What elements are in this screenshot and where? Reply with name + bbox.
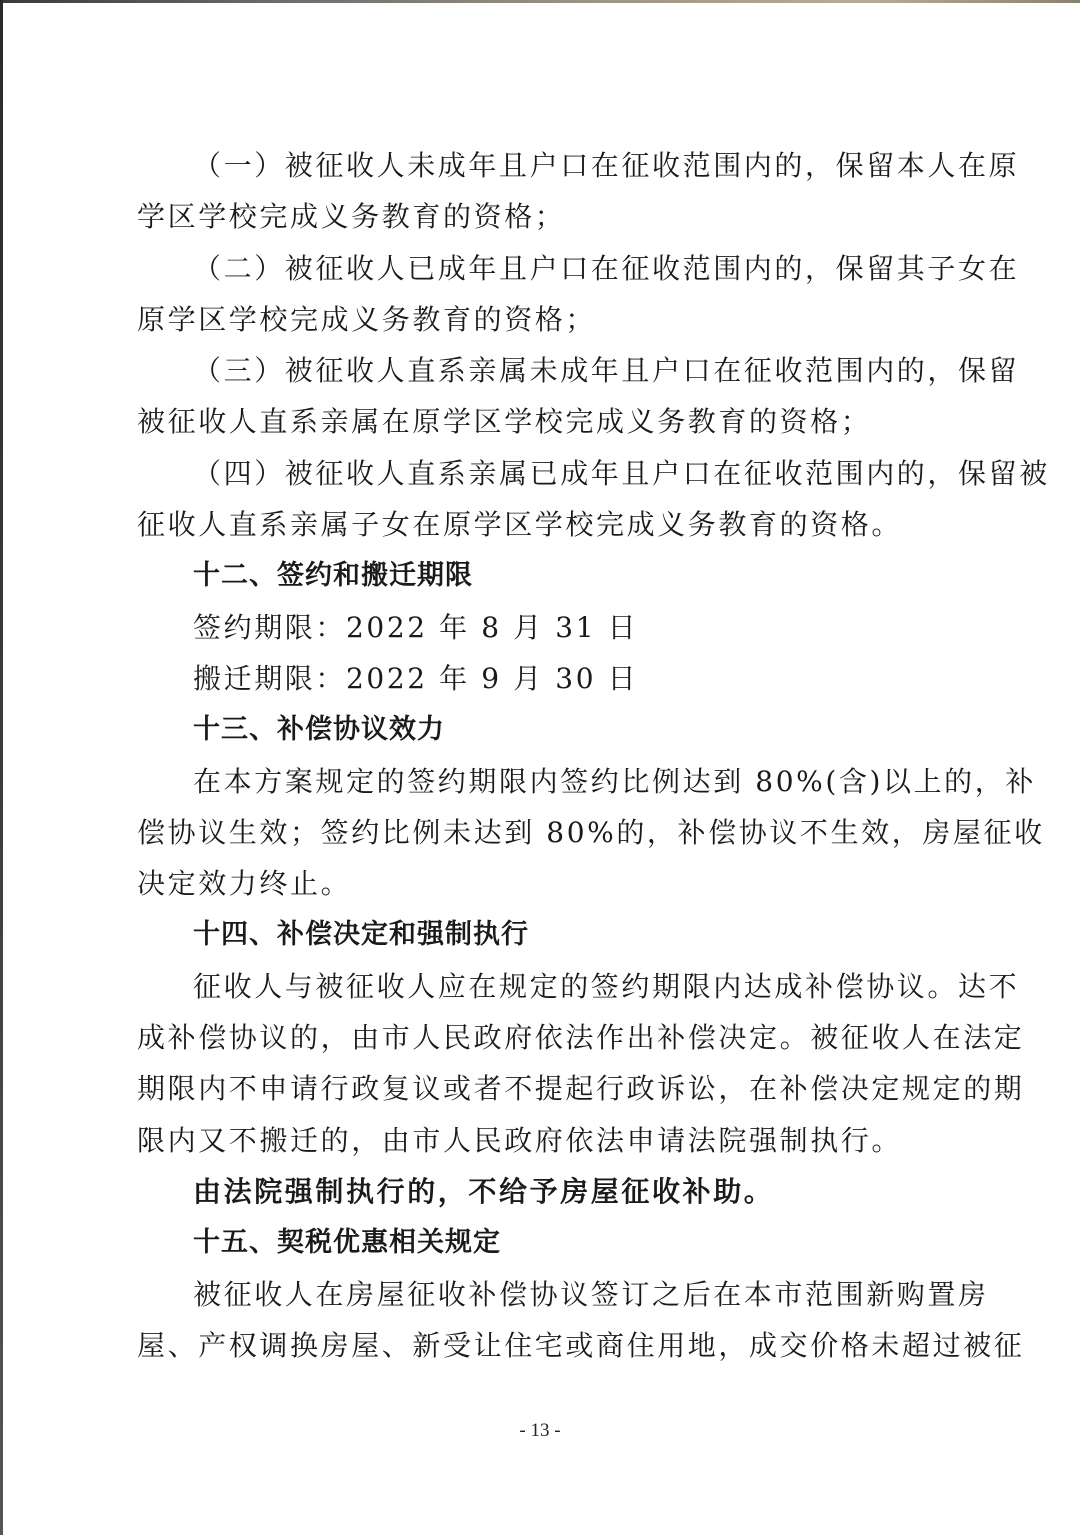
paragraph-line: 被征收人直系亲属在原学区学校完成义务教育的资格； [137, 396, 947, 447]
paragraph-line: 成补偿协议的，由市人民政府依法作出补偿决定。被征收人在法定 [137, 1012, 947, 1063]
paragraph-line: （四）被征收人直系亲属已成年且户口在征收范围内的，保留被 [137, 448, 947, 499]
paragraph-line: 限内又不搬迁的，由市人民政府依法申请法院强制执行。 [137, 1115, 947, 1166]
section-heading-14: 十四、补偿决定和强制执行 [137, 909, 947, 960]
paragraph-line: （二）被征收人已成年且户口在征收范围内的，保留其子女在 [137, 243, 947, 294]
section-heading-13: 十三、补偿协议效力 [137, 704, 947, 755]
paragraph-line: 原学区学校完成义务教育的资格； [137, 294, 947, 345]
paragraph-line: 征收人与被征收人应在规定的签约期限内达成补偿协议。达不 [137, 961, 947, 1012]
relocation-deadline: 搬迁期限：2022 年 9 月 30 日 [137, 653, 947, 704]
paragraph-line: 屋、产权调换房屋、新受让住宅或商住用地，成交价格未超过被征 [137, 1320, 947, 1371]
bold-paragraph: 由法院强制执行的，不给予房屋征收补助。 [137, 1166, 947, 1217]
paragraph-line: 征收人直系亲属子女在原学区学校完成义务教育的资格。 [137, 499, 947, 550]
paragraph-line: 决定效力终止。 [137, 858, 947, 909]
paragraph-line: （三）被征收人直系亲属未成年且户口在征收范围内的，保留 [137, 345, 947, 396]
paragraph-line: 被征收人在房屋征收补偿协议签订之后在本市范围新购置房 [137, 1269, 947, 1320]
scan-edge-top [0, 0, 1080, 3]
section-heading-12: 十二、签约和搬迁期限 [137, 550, 947, 601]
signing-deadline: 签约期限：2022 年 8 月 31 日 [137, 602, 947, 653]
scan-edge-left [0, 0, 3, 1535]
paragraph-line: 在本方案规定的签约期限内签约比例达到 80%(含)以上的，补 [137, 756, 947, 807]
paragraph-line: （一）被征收人未成年且户口在征收范围内的，保留本人在原 [137, 140, 947, 191]
page-number: - 13 - [0, 1420, 1080, 1442]
paragraph-line: 期限内不申请行政复议或者不提起行政诉讼，在补偿决定规定的期 [137, 1063, 947, 1114]
paragraph-line: 学区学校完成义务教育的资格； [137, 191, 947, 242]
document-page: （一）被征收人未成年且户口在征收范围内的，保留本人在原 学区学校完成义务教育的资… [137, 140, 947, 1371]
section-heading-15: 十五、契税优惠相关规定 [137, 1217, 947, 1268]
paragraph-line: 偿协议生效；签约比例未达到 80%的，补偿协议不生效，房屋征收 [137, 807, 947, 858]
